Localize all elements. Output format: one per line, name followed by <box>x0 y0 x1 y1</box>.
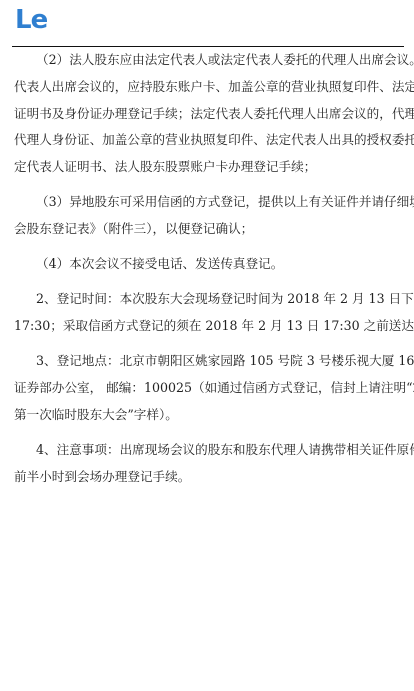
le-logo: Le <box>15 6 47 34</box>
paragraph-line: 第一次临时股东大会”字样）。 <box>14 407 178 423</box>
paragraph-line: （4）本次会议不接受电话、发送传真登记。 <box>36 256 283 272</box>
paragraph-line: 代理人身份证、加盖公章的营业执照复印件、法定代表人出具的授权委托书、法 <box>14 132 414 148</box>
paragraph-line: 2、登记时间：本次股东大会现场登记时间为 2018 年 2 月 13 日下午 1… <box>36 291 414 307</box>
paragraph-line: 17:30；采取信函方式登记的须在 2018 年 2 月 13 日 17:30 … <box>14 318 414 334</box>
paragraph-line: （3）异地股东可采用信函的方式登记，提供以上有关证件并请仔细填写《参 <box>36 194 414 210</box>
paragraph-line: （2）法人股东应由法定代表人或法定代表人委托的代理人出席会议。法定 <box>36 52 414 68</box>
paragraph-line: 3、登记地点：北京市朝阳区姚家园路 105 号院 3 号楼乐视大厦 16 层公司 <box>36 353 414 369</box>
paragraph-line: 前半小时到会场办理登记手续。 <box>14 469 190 485</box>
paragraph-line: 会股东登记表》（附件三），以便登记确认； <box>14 221 253 237</box>
paragraph-line: 代表人出席会议的，应持股东账户卡、加盖公章的营业执照复印件、法定代表人 <box>14 79 414 95</box>
paragraph-line: 证明书及身份证办理登记手续；法定代表人委托代理人出席会议的，代理人应持 <box>14 106 414 122</box>
paragraph-line: 证券部办公室， 邮编：100025（如通过信函方式登记，信封上请注明“2018 … <box>14 380 414 396</box>
header-divider <box>12 46 404 47</box>
paragraph-line: 定代表人证明书、法人股东股票账户卡办理登记手续； <box>14 159 316 175</box>
paragraph-line: 4、注意事项：出席现场会议的股东和股东代理人请携带相关证件原件于会 <box>36 442 414 458</box>
